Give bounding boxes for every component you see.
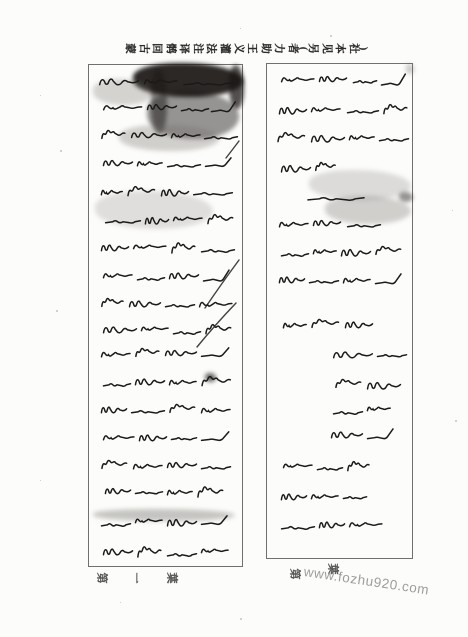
title-char: 力 (273, 43, 284, 54)
script-line (284, 462, 370, 471)
title-char: 见 (320, 43, 331, 54)
script-line (102, 298, 232, 307)
manuscript-left-column (88, 64, 243, 567)
script-line (280, 221, 381, 227)
scanned-manuscript-page: 蒙古回鹘译注法灌义王助力者(另见本社) 第一葉第葉 www.fozhu920.c… (0, 0, 468, 637)
title-char: 译 (178, 43, 189, 54)
paper-speck (455, 420, 457, 422)
title-char: 古 (137, 43, 148, 54)
script-line (106, 215, 233, 224)
script-line (104, 325, 231, 335)
page-title: 蒙古回鹘译注法灌义王助力者(另见本社) (124, 40, 365, 56)
script-line (102, 130, 238, 139)
title-char: 注 (192, 43, 203, 54)
script-line (104, 158, 232, 167)
script-line (105, 487, 222, 497)
paper-speck (60, 150, 62, 152)
title-char: 回 (151, 43, 162, 54)
title-char: 义 (232, 43, 243, 54)
paper-speck (240, 618, 242, 620)
folio-char: 第 (289, 569, 301, 580)
folio-char: 葉 (166, 573, 178, 584)
title-char: 鹘 (164, 43, 175, 54)
script-text-layer (89, 65, 244, 568)
paper-speck (56, 310, 58, 312)
paper-speck (120, 602, 121, 603)
script-line (332, 429, 393, 439)
manuscript-right-column (266, 63, 413, 559)
script-line (279, 274, 401, 284)
paper-speck (40, 95, 41, 96)
script-line (278, 133, 409, 142)
title-char: 另 (307, 43, 318, 54)
script-line (281, 494, 366, 500)
folio-char: 一 (130, 573, 142, 584)
watermark-text: www.fozhu920.com (303, 564, 430, 598)
script-line (104, 270, 230, 281)
title-char: 者 (287, 43, 298, 54)
script-line (281, 246, 400, 256)
script-line (103, 377, 230, 387)
paper-speck (240, 28, 241, 29)
script-line (283, 319, 372, 327)
script-line (334, 407, 391, 414)
script-line (101, 187, 232, 196)
title-char: 法 (205, 43, 216, 54)
folio-char: 第 (96, 573, 108, 584)
script-line (102, 348, 229, 357)
script-line (101, 404, 230, 413)
script-line (308, 198, 364, 201)
title-char: 本 (334, 43, 345, 54)
title-char: ) (358, 46, 369, 50)
script-line (279, 105, 406, 114)
script-line (101, 243, 234, 253)
script-line (104, 102, 236, 112)
paper-speck (40, 480, 41, 481)
script-line (334, 352, 407, 358)
title-char: 王 (246, 43, 257, 54)
script-line (104, 432, 229, 441)
script-line (102, 516, 228, 526)
script-line (282, 522, 382, 529)
script-line (100, 79, 233, 85)
script-line (102, 460, 231, 469)
paper-speck (452, 210, 453, 211)
paper-speck (330, 35, 332, 37)
script-line (336, 379, 401, 389)
title-char: 助 (260, 43, 271, 54)
title-char: 灌 (219, 43, 230, 54)
script-line (104, 547, 229, 557)
script-line (282, 74, 406, 85)
script-line (282, 162, 336, 172)
script-text-layer (267, 64, 414, 560)
title-char: 蒙 (124, 43, 135, 54)
